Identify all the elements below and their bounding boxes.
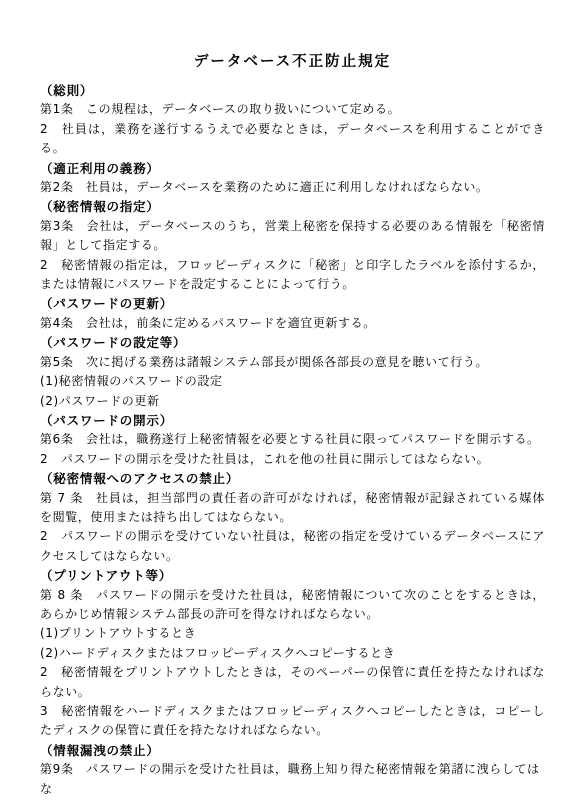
paragraph-article8: 第 8 条 パスワードの開示を受けた社員は，秘密情報について次のことをするときは…	[40, 586, 545, 625]
section-heading-proper-use: （適正利用の義務）	[40, 159, 545, 178]
paragraph-article7: 第 7 条 社員は，担当部門の責任者の許可がなければ，秘密情報が記録されている媒…	[40, 489, 545, 528]
document-page: データベース不正防止規定 （総則） 第1条 この規程は，データベースの取り扱いに…	[0, 0, 583, 811]
section-heading-printout: （プリントアウト等）	[40, 566, 545, 585]
paragraph-article3-item2: 2 秘密情報の指定は，フロッピーディスクに「秘密」と印字したラベルを添付するか，…	[40, 256, 545, 295]
section-heading-password-setting: （パスワードの設定等）	[40, 333, 545, 352]
section-heading-general: （総則）	[40, 81, 545, 100]
paragraph-article3: 第3条 会社は，データベースのうち，営業上秘密を保持する必要のある情報を「秘密情…	[40, 217, 545, 256]
paragraph-article5-list2: (2)パスワードの更新	[40, 392, 545, 411]
section-heading-password-disclosure: （パスワードの開示）	[40, 411, 545, 430]
section-heading-secret-designation: （秘密情報の指定）	[40, 197, 545, 216]
paragraph-article2: 第2条 社員は，データベースを業務のために適正に利用しなければならない。	[40, 178, 545, 197]
paragraph-article8-item3: 3 秘密情報をハードディスクまたはフロッピーディスクへコピーしたときは，コピーし…	[40, 702, 545, 741]
document-title: データベース不正防止規定	[40, 52, 545, 72]
paragraph-article8-item2: 2 秘密情報をプリントアウトしたときは，そのペーパーの保管に責任を持たなければな…	[40, 663, 545, 702]
paragraph-article6-item2: 2 パスワードの開示を受けた社員は，これを他の社員に開示してはならない。	[40, 450, 545, 469]
paragraph-article4: 第4条 会社は，前条に定めるパスワードを適宜更新する。	[40, 314, 545, 333]
paragraph-article6: 第6条 会社は，職務遂行上秘密情報を必要とする社員に限ってパスワードを開示する。	[40, 430, 545, 449]
paragraph-article1: 第1条 この規程は，データベースの取り扱いについて定める。	[40, 100, 545, 119]
paragraph-article9: 第9条 パスワードの開示を受けた社員は，職務上知り得た秘密情報を第諸に洩らしては…	[40, 760, 545, 799]
section-heading-password-update: （パスワードの更新）	[40, 294, 545, 313]
section-heading-access-prohibition: （秘密情報へのアクセスの禁止）	[40, 469, 545, 488]
paragraph-article1-item2: 2 社員は，業務を遂行するうえで必要なときは，データベースを利用することができる…	[40, 120, 545, 159]
section-heading-leak-prohibition: （情報漏洩の禁止）	[40, 741, 545, 760]
paragraph-article5-list1: (1)秘密情報のパスワードの設定	[40, 372, 545, 391]
paragraph-article7-item2: 2 パスワードの開示を受けていない社員は，秘密の指定を受けているデータベースにア…	[40, 527, 545, 566]
paragraph-article8-list2: (2)ハードディスクまたはフロッピーディスクへコピーするとき	[40, 644, 545, 663]
paragraph-article5: 第5条 次に掲げる業務は諸報システム部長が関係各部長の意見を聴いて行う。	[40, 353, 545, 372]
paragraph-article8-list1: (1)プリントアウトするとき	[40, 624, 545, 643]
